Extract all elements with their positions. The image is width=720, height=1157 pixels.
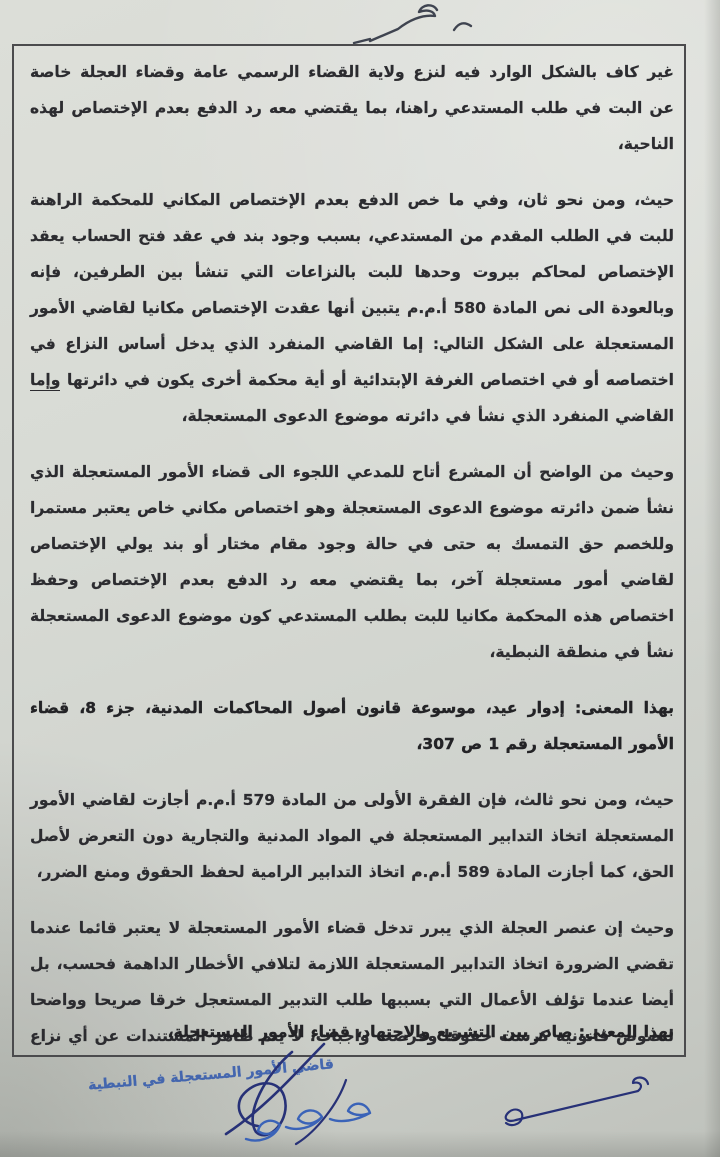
- underlined-text: وإما: [30, 371, 60, 391]
- paragraph-2: حيث، ومن نحو ثان، وفي ما خص الدفع بعدم ا…: [30, 182, 674, 434]
- paragraph-text: حيث، ومن نحو ثالث، فإن الفقرة الأولى من …: [30, 791, 674, 881]
- paragraph-1: غير كاف بالشكل الوارد فيه لنزع ولاية الق…: [30, 54, 674, 162]
- signature-name-scribble-icon: [210, 1095, 380, 1150]
- scanned-document-page: غير كاف بالشكل الوارد فيه لنزع ولاية الق…: [0, 0, 720, 1157]
- paragraph-4: بهذا المعنى: إدوار عيد، موسوعة قانون أصو…: [30, 690, 674, 762]
- paraph-icon: [492, 1068, 672, 1138]
- paragraph-text: بهذا المعنى: إدوار عيد، موسوعة قانون أصو…: [30, 699, 674, 753]
- paragraph-text: حيث، ومن نحو ثان، وفي ما خص الدفع بعدم ا…: [30, 191, 674, 389]
- paragraph-text: غير كاف بالشكل الوارد فيه لنزع ولاية الق…: [30, 63, 674, 153]
- document-frame: غير كاف بالشكل الوارد فيه لنزع ولاية الق…: [12, 44, 686, 1057]
- paragraph-5: حيث، ومن نحو ثالث، فإن الفقرة الأولى من …: [30, 782, 674, 890]
- paragraph-text: وحيث من الواضح أن المشرع أتاح للمدعي الل…: [30, 463, 674, 661]
- document-body: غير كاف بالشكل الوارد فيه لنزع ولاية الق…: [30, 54, 674, 1057]
- paragraph-text: القاضي المنفرد الذي نشأ في دائرته موضوع …: [182, 407, 674, 425]
- paragraph-3: وحيث من الواضح أن المشرع أتاح للمدعي الل…: [30, 454, 674, 670]
